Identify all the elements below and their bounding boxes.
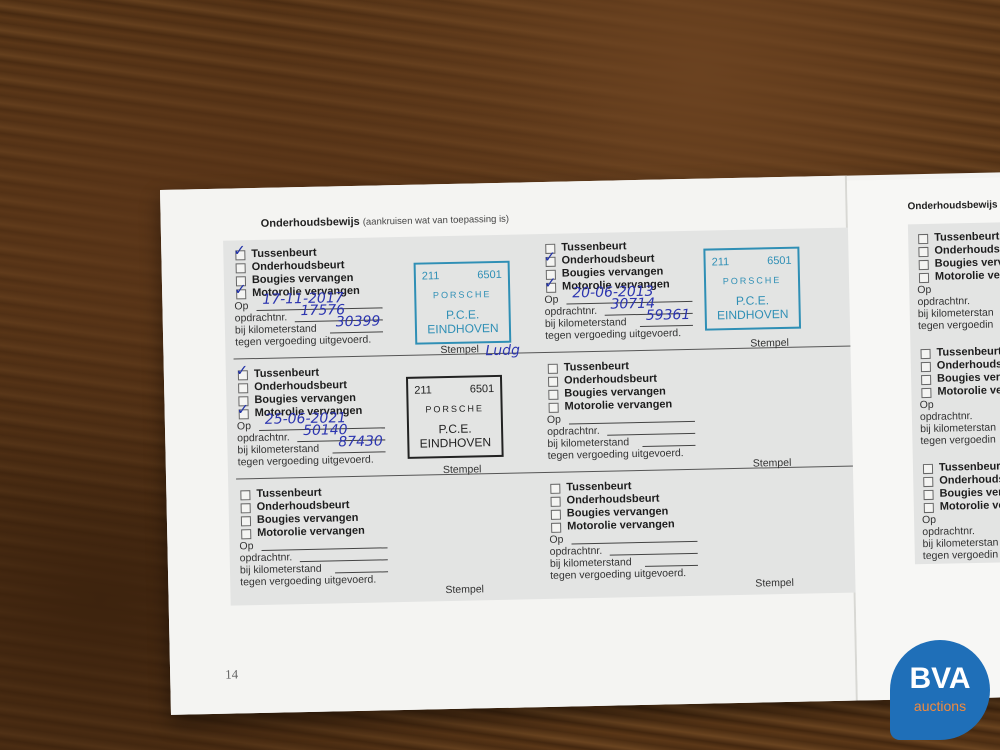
checkbox[interactable] — [551, 523, 561, 533]
label-text: Tussenbeurt — [939, 460, 1000, 473]
maintenance-record: ✓TussenbeurtOnderhoudsbeurtBougies verva… — [233, 242, 545, 366]
field-label: opdrachtnr. — [237, 431, 290, 444]
checkbox-label: Bougies vervangen — [252, 272, 354, 286]
field-label: opdrachtnr. — [545, 305, 598, 318]
checkbox[interactable] — [921, 375, 931, 385]
stamp-text: 6501 — [477, 269, 502, 282]
label-text: Bougies verva — [937, 371, 1000, 385]
check-mark-icon: ✓ — [543, 251, 556, 264]
checkbox-label: Tussenbeurt — [564, 360, 629, 373]
label-text: tegen vergoedin — [918, 319, 994, 333]
checkbox-label: Onderhoudsbeurt — [257, 499, 350, 513]
checkbox[interactable] — [551, 497, 561, 507]
checkbox[interactable] — [921, 388, 931, 398]
page-title: Onderhoudsbewijs (aankruisen wat van toe… — [261, 213, 510, 230]
checkbox-label: Onderhoudsbeurt — [561, 253, 654, 267]
maintenance-booklet: Onderhoudsbewijs (aankruisen wat van toe… — [160, 171, 1000, 715]
handwritten-value: 30399 — [336, 315, 381, 328]
stamp-text: 211 — [712, 256, 730, 268]
maintenance-record: TussenbeurtOnderhoudsbeurtBougies vervan… — [548, 475, 860, 599]
checkbox[interactable] — [920, 349, 930, 359]
field-label: opdrachtnr. — [240, 551, 293, 564]
checkbox-label: Onderhoudsbeurt — [254, 379, 347, 393]
label-text: opdrachtnr. — [917, 295, 970, 308]
check-mark-icon: ✓ — [236, 364, 249, 377]
stamp-text: EINDHOVEN — [707, 307, 799, 323]
checkbox-label: Onderhoudsbeurt — [566, 493, 659, 507]
checkbox-label: Tussenbeurt — [251, 247, 316, 260]
stamp-label: Stempel — [443, 463, 482, 476]
checkbox[interactable] — [924, 503, 934, 513]
partial-record: TussenbeurtOnderhoudsbeBougies vervaMoto… — [921, 460, 1000, 562]
field-label: tegen vergoedin — [918, 318, 1000, 332]
checkbox-label: Motorolie vervangen — [567, 518, 675, 532]
label-text: tegen vergoedin — [923, 549, 999, 563]
checkbox-label: Tussenbeurt — [566, 480, 631, 493]
checkbox[interactable] — [919, 273, 929, 283]
field-label: Op — [544, 294, 558, 306]
field-label: tegen vergoedin — [923, 548, 1000, 562]
checkbox[interactable] — [921, 362, 931, 372]
handwritten-value: 87430 — [338, 435, 383, 448]
label-text: Motorolie ver — [935, 269, 1000, 282]
checkbox-label: Onderhoudsbeurt — [252, 259, 345, 273]
label-text: Bougies verva — [935, 256, 1000, 270]
check-mark-icon: ✓ — [234, 283, 247, 296]
left-page: Onderhoudsbewijs (aankruisen wat van toe… — [160, 176, 858, 715]
stamp-label: Stempel — [755, 577, 794, 590]
checkbox[interactable] — [548, 390, 558, 400]
label-text: Motorolie ver — [937, 384, 1000, 397]
stamp-text: EINDHOVEN — [417, 321, 509, 337]
field-label: opdrachtnr. — [547, 425, 600, 438]
checkbox-label: Bougies vervangen — [562, 265, 664, 279]
checkbox[interactable] — [550, 484, 560, 494]
checkbox-label: Tussenbeurt — [254, 367, 319, 380]
label-text: Onderhoudsbe — [937, 358, 1000, 372]
label-text: Tussenbeurt — [936, 345, 1000, 358]
field-label: opdrachtnr. — [550, 545, 603, 558]
checkbox[interactable] — [919, 260, 929, 270]
page-number: 14 — [225, 666, 238, 682]
label-text: Op — [920, 399, 934, 411]
field-label: opdrachtnr. — [235, 311, 288, 324]
maintenance-record: ✓TussenbeurtOnderhoudsbeurtBougies verva… — [236, 362, 548, 486]
label-text: opdrachtnr. — [922, 525, 975, 538]
stamp-text: 211 — [414, 384, 432, 396]
stamp-label: Stempel — [753, 457, 792, 470]
checkbox[interactable] — [548, 364, 558, 374]
title-text: Onderhoudsbewijs — [261, 216, 360, 230]
stamp-label: Stempel — [445, 583, 484, 596]
label-text: Tussenbeurt — [934, 230, 999, 243]
label-text: opdrachtnr. — [920, 410, 973, 423]
checkbox[interactable] — [240, 490, 250, 500]
checkbox[interactable] — [241, 529, 251, 539]
checkbox[interactable] — [551, 510, 561, 520]
dealer-stamp: 2116501PORSCHEP.C.E.EINDHOVEN — [414, 261, 512, 345]
label-text: Onderhoudsbe — [934, 243, 1000, 257]
checkbox-label: Bougies vervangen — [257, 512, 359, 526]
label-text: Motorolie ver — [940, 499, 1000, 512]
label-text: Onderhoudsbe — [939, 473, 1000, 487]
label-text: Op — [922, 514, 936, 526]
label-text: tegen vergoedin — [920, 434, 996, 448]
right-page: Onderhoudsbewijs TussenbeurtOnderhoudsbe… — [847, 176, 1000, 700]
checkbox[interactable] — [549, 403, 559, 413]
check-mark-icon: ✓ — [544, 277, 557, 290]
checkbox[interactable] — [923, 477, 933, 487]
stamp-text: 211 — [422, 270, 440, 282]
maintenance-record: TussenbeurtOnderhoudsbeurtBougies vervan… — [238, 482, 550, 606]
checkbox[interactable] — [548, 377, 558, 387]
maintenance-record: Tussenbeurt✓OnderhoudsbeurtBougies verva… — [543, 235, 855, 359]
checkbox[interactable] — [238, 383, 248, 393]
title-subtitle: (aankruisen wat van toepassing is) — [363, 214, 509, 228]
logo-text: BVA — [890, 662, 990, 696]
checkbox-label: Bougies vervangen — [254, 392, 356, 406]
dealer-stamp: 2116501PORSCHEP.C.E.EINDHOVEN — [406, 375, 504, 459]
field-label: Op — [234, 300, 248, 312]
checkbox[interactable] — [236, 263, 246, 273]
field-label: Op — [549, 534, 563, 546]
checkbox-label: Bougies vervangen — [564, 385, 666, 399]
dealer-stamp: 2116501PORSCHEP.C.E.EINDHOVEN — [703, 247, 801, 331]
check-mark-icon: ✓ — [233, 244, 246, 257]
field-label: tegen vergoedin — [920, 433, 1000, 447]
field-label: Op — [547, 414, 561, 426]
checkbox-label: Tussenbeurt — [561, 240, 626, 253]
label-text: Bougies verva — [939, 486, 1000, 500]
maintenance-records-panel: ✓TussenbeurtOnderhoudsbeurtBougies verva… — [223, 227, 871, 605]
stamp-text: PORSCHE — [416, 289, 508, 301]
partial-record: TussenbeurtOnderhoudsbeBougies vervaMoto… — [916, 230, 1000, 332]
right-page-title: Onderhoudsbewijs — [907, 199, 997, 212]
stamp-label: Stempel — [440, 343, 479, 356]
checkbox[interactable] — [918, 234, 928, 244]
handwritten-value: 59361 — [646, 309, 691, 322]
stamp-text: PORSCHE — [409, 403, 501, 415]
check-mark-icon: ✓ — [236, 403, 249, 416]
stamp-label: Stempel — [750, 337, 789, 350]
checkbox-label: Onderhoudsbeurt — [564, 373, 657, 387]
stamp-text: PORSCHE — [706, 275, 798, 287]
partial-record: TussenbeurtOnderhoudsbeBougies vervaMoto… — [918, 345, 1000, 447]
stamp-text: 6501 — [470, 383, 495, 396]
field-label: Op — [239, 540, 253, 552]
bva-auctions-logo: BVA auctions — [890, 640, 990, 740]
checkbox[interactable] — [918, 247, 928, 257]
right-records-panel: TussenbeurtOnderhoudsbeBougies vervaMoto… — [908, 221, 1000, 565]
label-text: Op — [917, 284, 931, 296]
signature: Ludg — [485, 342, 520, 359]
checkbox-label: Bougies vervangen — [567, 505, 669, 519]
checkbox-label: Motorolie vervangen — [564, 398, 672, 412]
field-label: Op — [237, 420, 251, 432]
maintenance-record: TussenbeurtOnderhoudsbeurtBougies vervan… — [546, 355, 858, 479]
stamp-text: EINDHOVEN — [409, 435, 501, 451]
checkbox[interactable] — [923, 490, 933, 500]
stamp-text: 6501 — [767, 255, 792, 268]
checkbox-label: Motorolie vervangen — [257, 525, 365, 539]
checkbox[interactable] — [923, 464, 933, 474]
checkbox[interactable] — [241, 516, 251, 526]
checkbox-label: Tussenbeurt — [256, 487, 321, 500]
checkbox[interactable] — [241, 503, 251, 513]
logo-subtext: auctions — [890, 698, 990, 714]
